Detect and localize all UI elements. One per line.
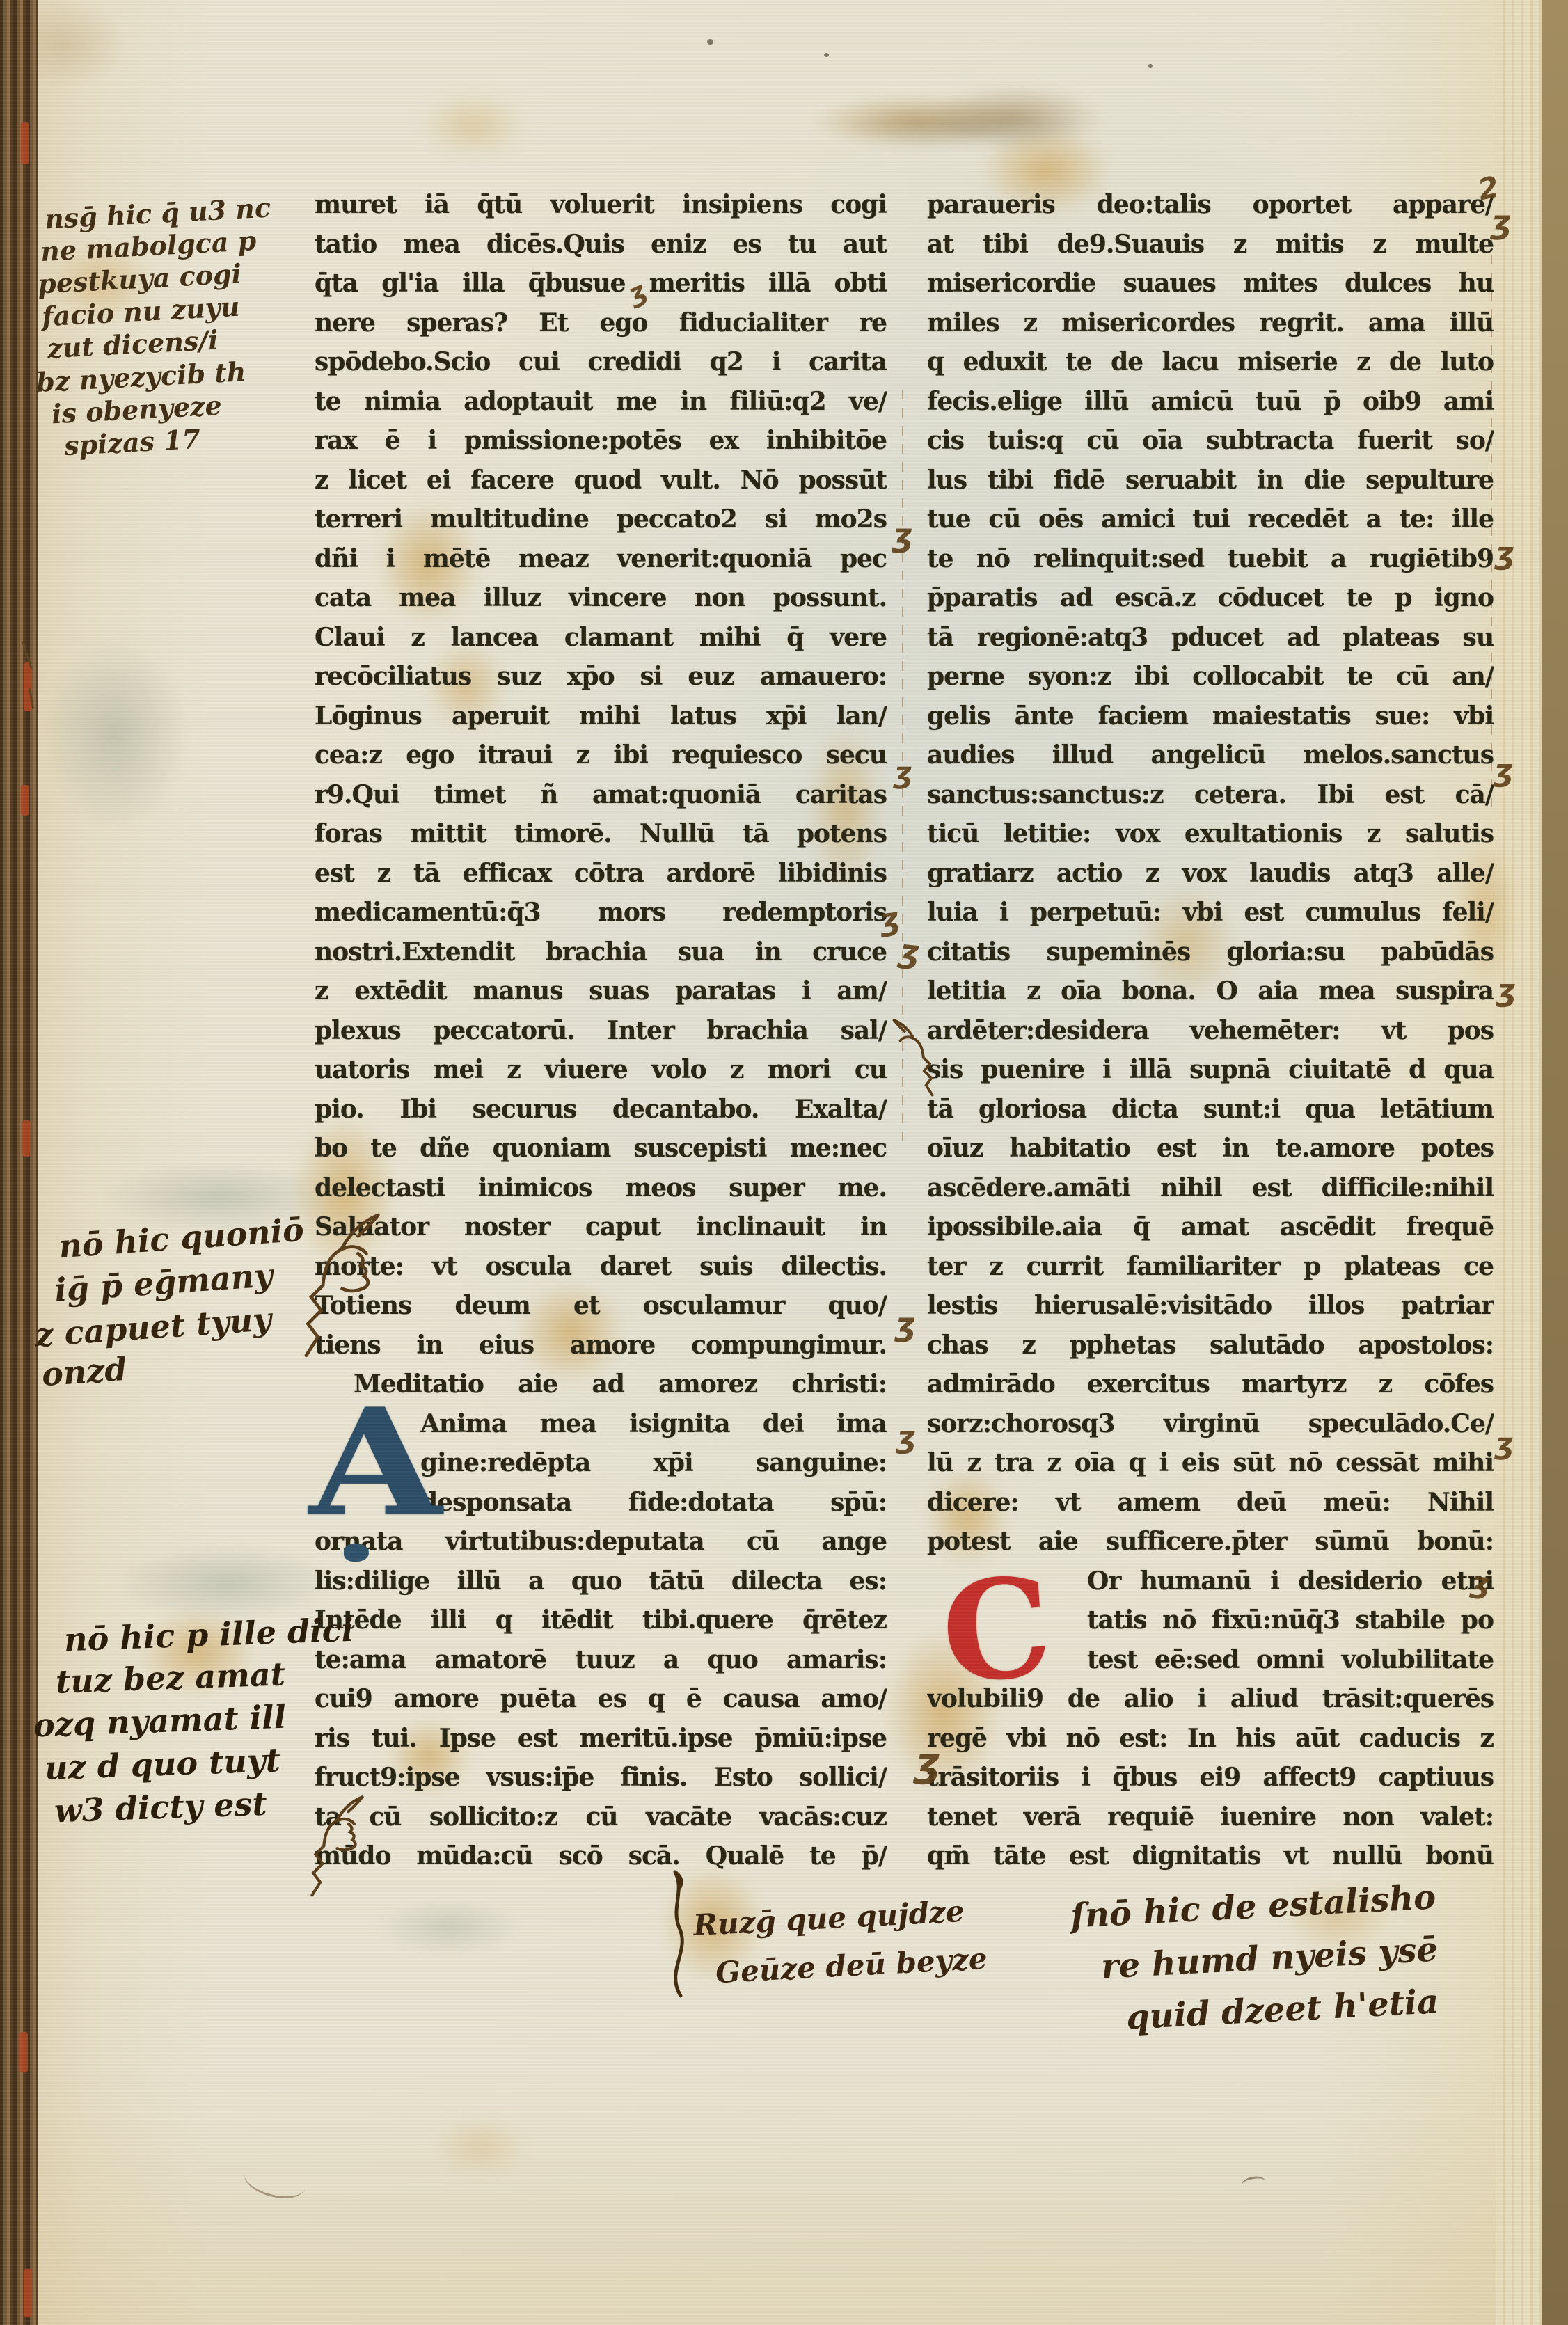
print-line: lus tibi fidē seruabit in die sepulture: [927, 461, 1494, 500]
print-line: q eduxit te de lacu miserie z de luto: [927, 342, 1494, 382]
print-line: tatio mea dicēs.Quis eniz es tu aut: [315, 225, 887, 264]
print-line: miles z misericordes regrit. ama illū: [927, 303, 1494, 343]
print-line: z extēdit manus suas paratas i am/: [315, 971, 887, 1011]
print-line: Totiens deum et osculamur quo/: [315, 1286, 887, 1326]
red-edge-fleck: [21, 785, 29, 816]
nota-mark: ʒ: [897, 932, 921, 971]
print-line: dñi i mētē meaz venerit:quoniā pec: [315, 539, 887, 579]
print-line: ascēdere.amāti nihil est difficile:nihil: [927, 1168, 1494, 1208]
print-line: plexus peccatorū. Inter brachia sal/: [315, 1011, 887, 1051]
edge-tint: [0, 2074, 1542, 2325]
nota-mark: ʒ: [892, 516, 912, 554]
red-edge-fleck: [21, 122, 29, 164]
print-line: dicere: vt amem deū meū: Nihil: [927, 1483, 1494, 1523]
print-line: misericordie suaues mites dulces hu: [927, 264, 1494, 303]
print-line: gratiarz actio z vox laudis atq3 alle/: [927, 854, 1494, 894]
print-line: tā gloriosa dicta sunt:i qua letātium: [927, 1090, 1494, 1129]
print-line: fruct9:ipse vsus:ip̄e finis. Esto sollic…: [315, 1758, 887, 1798]
print-line: tā regionē:atq3 pducet ad plateas su: [927, 618, 1494, 658]
speck: [824, 53, 829, 57]
illuminated-initial-A: A: [309, 1402, 442, 1524]
print-line: medicamentū:q̄3 mors redemptoris: [315, 893, 887, 933]
bleed-through: [118, 1545, 334, 1621]
print-line: te nō relinquit:sed tuebit a rugiētib9: [927, 539, 1494, 579]
nota-mark: ʒ: [878, 900, 902, 938]
erased-stamp: [774, 77, 1129, 159]
nota-mark: ʒ: [1495, 1427, 1514, 1461]
manicula-icon: [298, 1161, 381, 1376]
mid-left-annotation-line: iḡ p̄ eḡmany: [53, 1256, 274, 1309]
print-line: regē vbi nō est: In his aūt caducis z: [927, 1719, 1494, 1759]
print-line: admirādo exercitus martyrz z cōfes: [927, 1365, 1494, 1404]
print-line: pio. Ibi securus decantabo. Exalta/: [315, 1090, 887, 1129]
binding-edge: [0, 0, 38, 2325]
print-line: z licet ei facere quod vult. Nō possūt: [315, 461, 887, 500]
print-line: ticū letitie: vox exultationis z salutis: [927, 814, 1494, 854]
stain: [418, 90, 529, 160]
print-line: cis tuis:q cū oīa subtracta fuerit so/: [927, 421, 1494, 461]
print-line: sorz:chorosq3 virginū speculādo.Ce/: [927, 1404, 1494, 1444]
text-column-left: A muret iā q̄tū voluerit insipiens cogit…: [315, 185, 887, 1876]
rubricated-initial-C: C: [938, 1568, 1054, 1693]
lower-left-annotation-line: tuz bez amat: [55, 1655, 286, 1700]
print-line: qm̄ tāte est dignitatis vt nullū bonū: [927, 1836, 1494, 1876]
print-line: nostri.Extendit brachia sua in cruce: [315, 933, 887, 972]
top-left-annotation-line: spizas 17: [63, 423, 201, 461]
print-line: ardēter:desidera vehemēter: vt pos: [927, 1011, 1494, 1051]
bleed-through: [42, 640, 188, 828]
nota-mark: ʒ: [1496, 973, 1516, 1008]
print-line: sanctus:sanctus:z cetera. Ibi est cā/: [927, 775, 1494, 815]
speck: [1148, 64, 1153, 68]
print-line: at tibi de9.Suauis z mitis z multe: [927, 225, 1494, 264]
print-line: cata mea illuz vincere non possunt.: [315, 578, 887, 618]
print-line: ter z currit familiariter p plateas ce: [927, 1247, 1494, 1287]
nota-mark: ʒ: [1491, 203, 1511, 241]
print-line: fecis.elige illū amicū tuū p̄ oib9 ami: [927, 382, 1494, 422]
print-line: Intēde illi q itēdit tibi.quere q̄rētez: [315, 1601, 887, 1640]
nota-mark: ʒ: [896, 1420, 916, 1455]
print-line: est z tā efficax cōtra ardorē libidinis: [315, 854, 887, 894]
initial-a-foot: [344, 1544, 369, 1562]
print-line: te nimia adoptauit me in filiū:q2 ve/: [315, 382, 887, 422]
stain: [431, 2116, 529, 2178]
print-line: Claui z lancea clamant mihi q̄ vere: [315, 618, 887, 658]
manicula-icon: [306, 1765, 365, 1904]
print-line: oīuz habitatio est in te.amore potes: [927, 1129, 1494, 1168]
print-line: spōdebo.Scio cui credidi q2 i carita: [315, 342, 887, 382]
mid-left-annotation-line: z capuet tyuy: [34, 1300, 273, 1354]
nota-mark: ʒ: [1494, 753, 1513, 788]
print-line: trāsitoriis i q̄bus ei9 affect9 captiuus: [927, 1758, 1494, 1798]
mid-left-annotation-line: onzd: [40, 1350, 128, 1393]
print-line: recōciliatus suz xp̄o si euz amauero:: [315, 657, 887, 697]
scan-background: [1542, 0, 1568, 2325]
print-line: perne syon:z ibi collocabit te cū an/: [927, 657, 1494, 697]
print-line: lis:dilige illū a quo tātū dilecta es:: [315, 1562, 887, 1601]
speck: [707, 39, 713, 45]
print-line: audies illud angelicū melos.sanctus: [927, 736, 1494, 775]
fore-edge: [1496, 0, 1542, 2325]
nota-mark: ʒ: [895, 1306, 915, 1343]
print-line: p̄paratis ad escā.z cōducet te p igno: [927, 578, 1494, 618]
nota-mark: ʒ: [914, 1738, 942, 1786]
print-line: foras mittit timorē. Nullū tā potens: [315, 814, 887, 854]
manicula-icon: [892, 997, 937, 1101]
print-line: ipossibile.aia q̄ amat ascēdit frequē: [927, 1207, 1494, 1247]
print-line: rax ē i pmissione:potēs ex inhibitōe: [315, 421, 887, 461]
print-line: paraueris deo:talis oportet appare/: [927, 185, 1494, 225]
print-line: nere speras? Et ego fiducialiter re: [315, 303, 887, 343]
print-line: tenet verā requiē iuenire non valet:: [927, 1798, 1494, 1837]
print-line: ta cū sollicito:z cū vacāte vacās:cuz: [315, 1798, 887, 1837]
print-line: citatis supeminēs gloria:su pabūdās: [927, 933, 1494, 972]
bottom-right-annotation-line: quid dzeet h'etia: [1125, 1982, 1440, 2037]
nota-mark: ʒ: [1470, 1565, 1492, 1601]
print-line: sis puenire i illā supnā ciuitatē d qua: [927, 1050, 1494, 1090]
bottom-right-annotation-line: re humd nyeis ysē: [1100, 1930, 1439, 1986]
print-line: Saluator noster caput inclinauit in: [315, 1207, 887, 1247]
print-line: mūdo mūda:cū scō scā. Qualē te p̄/: [315, 1836, 887, 1876]
flourish-icon: [657, 1866, 706, 1999]
print-line: bo te dñe quoniam suscepisti me:nec: [315, 1129, 887, 1168]
red-edge-fleck: [24, 2269, 32, 2317]
page-paper: A muret iā q̄tū voluerit insipiens cogit…: [0, 0, 1542, 2325]
print-line: cui9 amore puēta es q ē causa amo/: [315, 1679, 887, 1719]
bleed-through: [376, 1900, 522, 1955]
lower-left-annotation-line: ozq nyamat ill: [33, 1698, 287, 1745]
print-line: r9.Qui timet ñ amat:quoniā caritas: [315, 775, 887, 815]
red-edge-fleck: [22, 1120, 31, 1157]
hair-mark: [1241, 2175, 1266, 2191]
text-column-right: C paraueris deo:talis oportet appare/at …: [927, 185, 1494, 1876]
print-line: q̄ta gl'ia illa q̄busue meritis illā obt…: [315, 264, 887, 303]
print-line: muret iā q̄tū voluerit insipiens cogi: [315, 185, 887, 225]
print-line: luia i perpetuū: vbi est cumulus feli/: [927, 893, 1494, 933]
print-line: lestis hierusalē:visitādo illos patriar: [927, 1286, 1494, 1326]
lower-left-annotation-line: nō hic p ille dici: [63, 1611, 354, 1658]
print-line: lū z tra z oīa q i eis sūt nō cessāt mih…: [927, 1443, 1494, 1483]
print-line: gelis ānte faciem maiestatis sue: vbi: [927, 697, 1494, 736]
print-line: uatoris mei z viuere volo z mori cu: [315, 1050, 887, 1090]
lower-left-annotation-line: w3 dicty est: [54, 1785, 267, 1830]
print-line: te:ama amatorē tuuz a quo amaris:: [315, 1640, 887, 1680]
nota-mark: ʒ: [1495, 536, 1514, 571]
print-line: Lōginus aperuit mihi latus xp̄i lan/: [315, 697, 887, 736]
nota-mark: ʒ: [894, 756, 912, 790]
print-line: tiens in eius amore compungimur.: [315, 1326, 887, 1365]
corner-tint: [0, 0, 320, 223]
lower-left-annotation-line: uz d quo tuyt: [44, 1741, 280, 1787]
print-line: morte: vt oscula daret suis dilectis.: [315, 1247, 887, 1287]
print-line: terreri multitudine peccato2 si mo2s: [315, 500, 887, 539]
print-line: delectasti inimicos meos super me.: [315, 1168, 887, 1208]
print-line: tue cū oēs amici tui recedēt a te: ille: [927, 500, 1494, 539]
scanned-book-page: A muret iā q̄tū voluerit insipiens cogit…: [0, 0, 1568, 2325]
hair-mark: [241, 2157, 310, 2204]
red-edge-fleck: [19, 2032, 28, 2072]
print-line: cea:z ego itraui z ibi requiesco secu: [315, 736, 887, 775]
print-line: letitia z oīa bona. O aia mea suspira: [927, 971, 1494, 1011]
print-line: chas z pphetas salutādo apostolos:: [927, 1326, 1494, 1365]
print-line: ris tui. Ipse est meritū.ipse p̄miū:ipse: [315, 1719, 887, 1759]
